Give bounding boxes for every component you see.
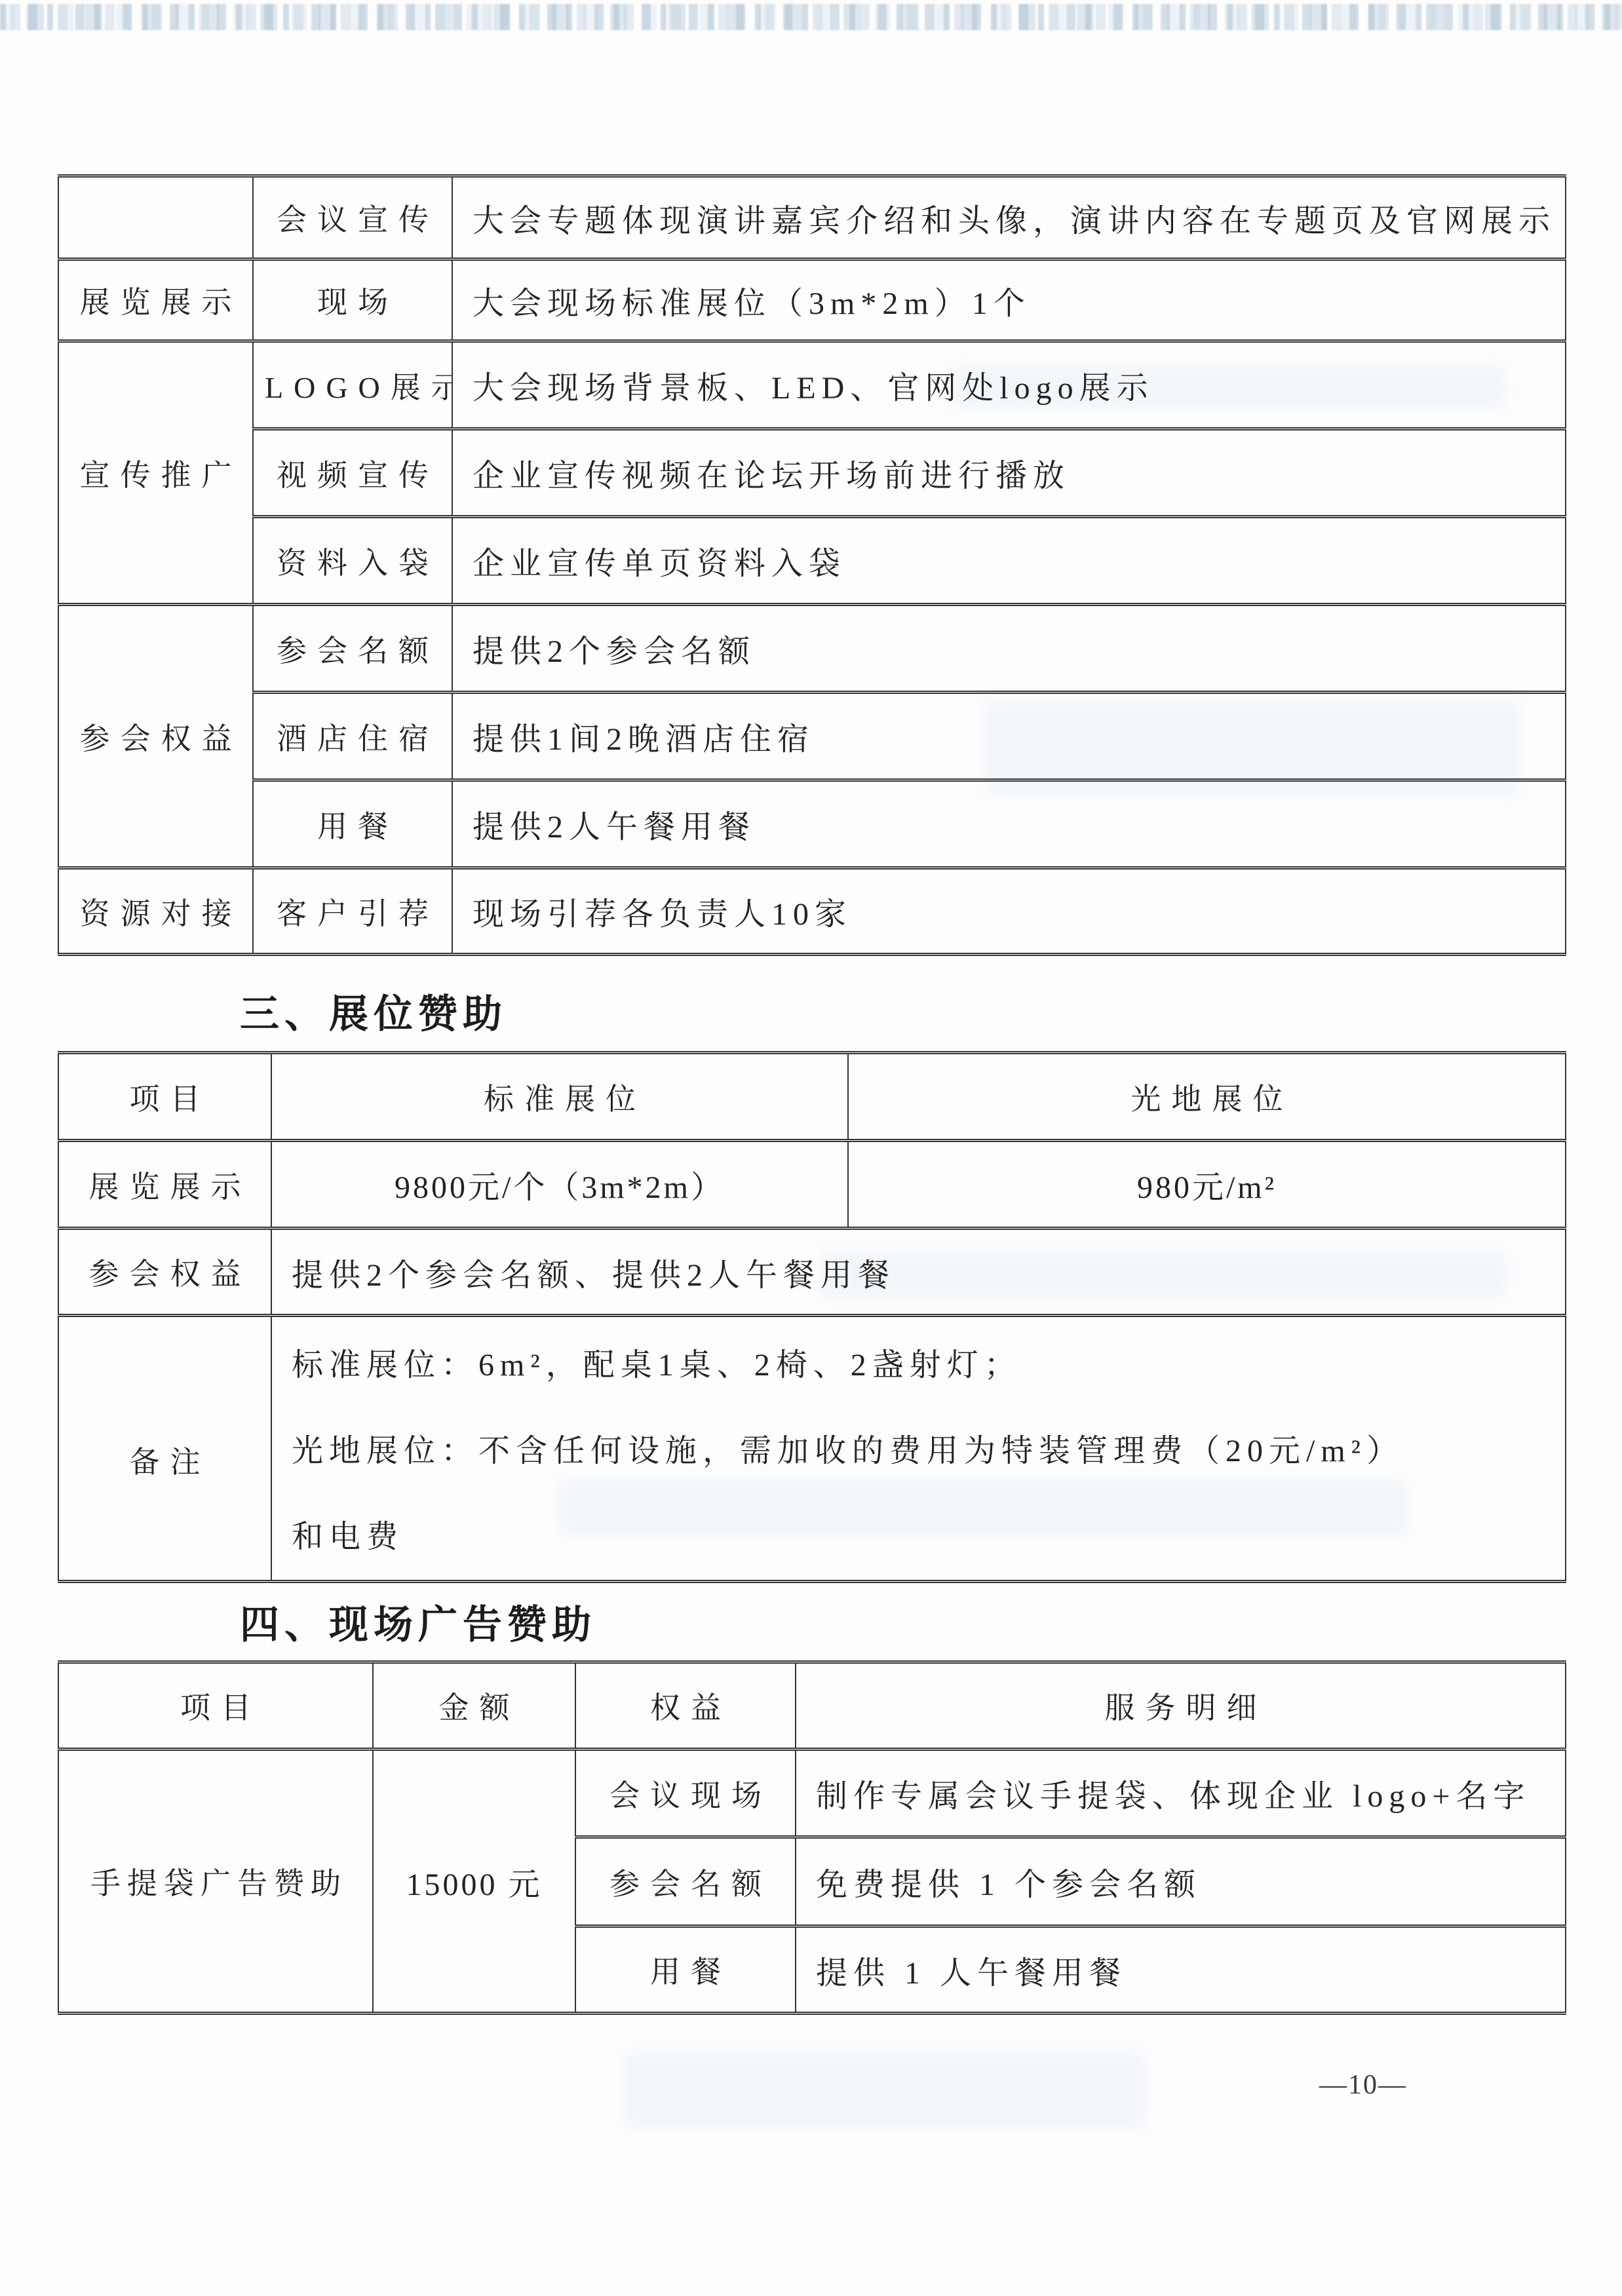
item-cell: 现场 <box>253 259 452 341</box>
table-header-row: 项目 金额 权益 服务明细 <box>58 1662 1566 1750</box>
benefit-detail-cell: 提供2个参会名额、提供2人午餐用餐 <box>271 1229 1566 1316</box>
table-row: 展览展示 9800元/个（3m*2m） 980元/m² <box>58 1141 1566 1229</box>
detail-cell: 提供2人午餐用餐 <box>452 780 1566 868</box>
service-detail-cell: 制作专属会议手提袋、体现企业 logo+名字 <box>796 1750 1566 1837</box>
category-cell: 展览展示 <box>58 259 253 341</box>
header-cell-project: 项目 <box>58 1662 373 1750</box>
header-cell-benefit: 权益 <box>575 1662 796 1750</box>
detail-cell: 提供1间2晚酒店住宿 <box>452 693 1566 780</box>
item-cell: 客户引荐 <box>253 868 452 955</box>
table-row: 资源对接 客户引荐 现场引荐各负责人10家 <box>58 868 1566 955</box>
header-cell-project: 项目 <box>58 1053 271 1141</box>
service-detail-cell: 提供 1 人午餐用餐 <box>796 1926 1566 2014</box>
service-detail-cell: 免费提供 1 个参会名额 <box>796 1837 1566 1926</box>
note-label-cell: 备注 <box>58 1316 271 1582</box>
benefit-cell: 会议现场 <box>575 1750 796 1837</box>
scanner-noise-band <box>0 4 1622 30</box>
ads-table: 项目 金额 权益 服务明细 手提袋广告赞助 15000 元 会议现场 制作专属会… <box>58 1660 1566 2015</box>
section-3-heading: 三、展位赞助 <box>240 983 507 1039</box>
note-line-1: 标准展位：6m²，配桌1桌、2椅、2盏射灯； <box>292 1322 1553 1408</box>
amount-cell: 15000 元 <box>373 1750 575 2014</box>
table-row: 宣传推广 LOGO展示 大会现场背景板、LED、官网处logo展示 <box>58 341 1566 429</box>
standard-booth-price-cell: 9800元/个（3m*2m） <box>271 1141 848 1229</box>
page-number: —10— <box>1304 2069 1422 2101</box>
header-cell-amount: 金额 <box>373 1662 575 1750</box>
item-cell: 参会名额 <box>253 605 452 693</box>
item-cell: LOGO展示 <box>253 341 452 429</box>
bleedthrough-ghost <box>623 2051 1147 2130</box>
booth-table: 项目 标准展位 光地展位 展览展示 9800元/个（3m*2m） 980元/m²… <box>58 1051 1566 1583</box>
table-row: 资料入袋 企业宣传单页资料入袋 <box>58 517 1566 605</box>
category-cell <box>58 176 253 259</box>
row-label-cell: 展览展示 <box>58 1141 271 1229</box>
document-page: 会议宣传 大会专题体现演讲嘉宾介绍和头像，演讲内容在专题页及官网展示 展览展示 … <box>0 0 1622 2296</box>
item-cell: 酒店住宿 <box>253 693 452 780</box>
table-header-row: 项目 标准展位 光地展位 <box>58 1053 1566 1141</box>
benefits-table: 会议宣传 大会专题体现演讲嘉宾介绍和头像，演讲内容在专题页及官网展示 展览展示 … <box>58 174 1566 956</box>
table-row: 会议宣传 大会专题体现演讲嘉宾介绍和头像，演讲内容在专题页及官网展示 <box>58 176 1566 259</box>
project-name-cell: 手提袋广告赞助 <box>58 1750 373 2014</box>
row-label-cell: 参会权益 <box>58 1229 271 1316</box>
table-row: 视频宣传 企业宣传视频在论坛开场前进行播放 <box>58 429 1566 517</box>
item-cell: 用餐 <box>253 780 452 868</box>
table-row: 酒店住宿 提供1间2晚酒店住宿 <box>58 693 1566 780</box>
table-row: 展览展示 现场 大会现场标准展位（3m*2m）1个 <box>58 259 1566 341</box>
table-row: 备注 标准展位：6m²，配桌1桌、2椅、2盏射灯； 光地展位：不含任何设施，需加… <box>58 1316 1566 1582</box>
detail-cell: 现场引荐各负责人10家 <box>452 868 1566 955</box>
item-cell: 视频宣传 <box>253 429 452 517</box>
detail-cell: 大会专题体现演讲嘉宾介绍和头像，演讲内容在专题页及官网展示 <box>452 176 1566 259</box>
header-cell-service-detail: 服务明细 <box>796 1662 1566 1750</box>
detail-cell: 大会现场标准展位（3m*2m）1个 <box>452 259 1566 341</box>
table-row: 参会权益 参会名额 提供2个参会名额 <box>58 605 1566 693</box>
detail-cell: 大会现场背景板、LED、官网处logo展示 <box>452 341 1566 429</box>
section-4-heading: 四、现场广告赞助 <box>240 1594 596 1650</box>
item-cell: 会议宣传 <box>253 176 452 259</box>
category-cell: 参会权益 <box>58 605 253 868</box>
note-content-cell: 标准展位：6m²，配桌1桌、2椅、2盏射灯； 光地展位：不含任何设施，需加收的费… <box>271 1316 1566 1582</box>
raw-space-price-cell: 980元/m² <box>848 1141 1566 1229</box>
table-row: 参会权益 提供2个参会名额、提供2人午餐用餐 <box>58 1229 1566 1316</box>
table-row: 用餐 提供2人午餐用餐 <box>58 780 1566 868</box>
category-cell: 资源对接 <box>58 868 253 955</box>
detail-cell: 提供2个参会名额 <box>452 605 1566 693</box>
detail-cell: 企业宣传单页资料入袋 <box>452 517 1566 605</box>
benefit-cell: 用餐 <box>575 1926 796 2014</box>
benefit-cell: 参会名额 <box>575 1837 796 1926</box>
item-cell: 资料入袋 <box>253 517 452 605</box>
note-line-2: 光地展位：不含任何设施，需加收的费用为特装管理费（20元/m²） <box>292 1408 1553 1494</box>
header-cell-raw-space-booth: 光地展位 <box>848 1053 1566 1141</box>
detail-cell: 企业宣传视频在论坛开场前进行播放 <box>452 429 1566 517</box>
note-line-3: 和电费 <box>292 1494 1553 1580</box>
category-cell: 宣传推广 <box>58 341 253 605</box>
table-row: 手提袋广告赞助 15000 元 会议现场 制作专属会议手提袋、体现企业 logo… <box>58 1750 1566 1837</box>
header-cell-standard-booth: 标准展位 <box>271 1053 848 1141</box>
